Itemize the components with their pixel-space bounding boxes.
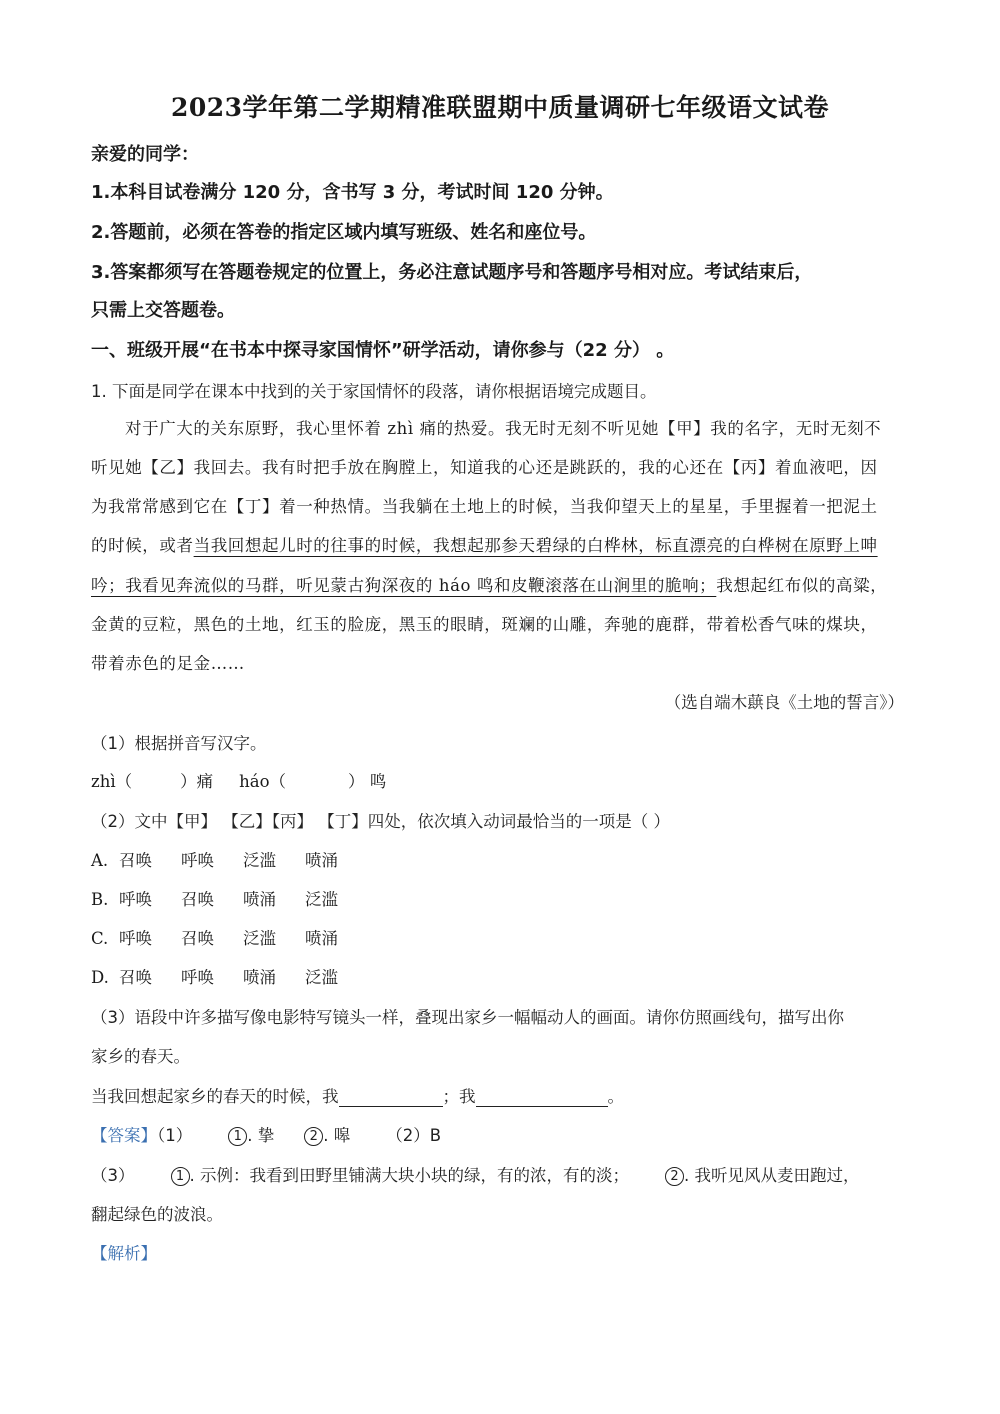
passage-line-5: 吟；我看见奔流似的马群，听见蒙古狗深夜的 háo 鸣和皮鞭滚落在山涧里的脆响；我…: [91, 572, 887, 596]
answer-3-1: . 示例：我看到田野里铺满大块小块的绿，有的浓，有的淡；: [190, 1166, 630, 1185]
option-label: C.: [91, 929, 119, 948]
section-heading: 一、班级开展“在书本中探寻家国情怀”研学活动，请你参与（22 分） 。: [91, 336, 674, 362]
passage-text: 的时候，或者: [91, 536, 194, 555]
answer-1-2: . 嗥: [323, 1126, 350, 1145]
option-word: 召唤: [119, 964, 181, 988]
option-a[interactable]: A.召唤呼唤泛滥喷涌: [91, 847, 367, 871]
passage-line-7: 带着赤色的足金……: [91, 650, 245, 674]
sub-question-1: （1）根据拼音写汉字。: [91, 730, 267, 754]
option-label: A.: [91, 851, 119, 870]
passage-source: （选自端木蕻良《土地的誓言》）: [665, 689, 904, 713]
passage-text: 我想起红布似的高粱，: [716, 576, 887, 595]
instruction-3-cont: 只需上交答题卷。: [91, 296, 235, 322]
answer-3-2: . 我听见风从麦田跑过，: [684, 1166, 860, 1185]
pinyin-1-char: ）痛: [180, 772, 213, 791]
option-word: 泛滥: [305, 886, 367, 910]
option-label: B.: [91, 890, 119, 909]
pinyin-line: zhì（）痛háo（） 鸣: [91, 768, 386, 792]
passage-line-1: 对于广大的关东原野，我心里怀着 zhì 痛的热爱。我无时无刻不听见她【甲】我的名…: [125, 415, 881, 439]
answer-1-1: . 挚: [247, 1126, 274, 1145]
question-1-intro: 1. 下面是同学在课本中找到的关于家国情怀的段落，请你根据语境完成题目。: [91, 378, 657, 402]
option-word: 呼唤: [181, 847, 243, 871]
underlined-sentence: 当我回想起儿时的往事的时候，我想起那参天碧绿的白桦林，标直漂亮的白桦树在原野上呻: [194, 536, 878, 555]
option-word: 喷涌: [305, 847, 367, 871]
instruction-1: 1.本科目试卷满分 120 分，含书写 3 分，考试时间 120 分钟。: [91, 178, 614, 204]
option-word: 召唤: [181, 886, 243, 910]
sub-question-2: （2）文中【甲】 【乙】【丙】 【丁】四处，依次填入动词最恰当的一项是（ ）: [91, 808, 670, 832]
answer-part-2: （2）B: [386, 1126, 441, 1145]
passage-line-2: 听见她【乙】我回去。我有时把手放在胸膛上，知道我的心还是跳跃的，我的心还在【丙】…: [91, 454, 878, 478]
page-title: 2023学年第二学期精准联盟期中质量调研七年级语文试卷: [0, 88, 1000, 124]
pinyin-2-char: ） 鸣: [348, 772, 386, 791]
option-word: 泛滥: [305, 964, 367, 988]
fill-blank-1[interactable]: [339, 1088, 443, 1107]
fill-end: 。: [608, 1087, 625, 1106]
answer-part-3: （3）: [91, 1166, 135, 1185]
option-word: 喷涌: [243, 886, 305, 910]
answer-part-1: （1）: [157, 1126, 192, 1145]
option-word: 呼唤: [181, 964, 243, 988]
fill-blank-2[interactable]: [476, 1088, 608, 1107]
option-b[interactable]: B.呼唤召唤喷涌泛滥: [91, 886, 367, 910]
option-word: 喷涌: [305, 925, 367, 949]
answer-tag: 【答案】: [91, 1126, 157, 1145]
passage-line-6: 金黄的豆粒，黑色的土地，红玉的脸庞，黑玉的眼睛，斑斓的山雕，奔驰的鹿群，带着松香…: [91, 611, 878, 635]
passage-line-4: 的时候，或者当我回想起儿时的往事的时候，我想起那参天碧绿的白桦林，标直漂亮的白桦…: [91, 532, 878, 556]
answer-line-1: 【答案】（1）1. 挚2. 嗥（2）B: [91, 1122, 441, 1146]
exam-page: 2023学年第二学期精准联盟期中质量调研七年级语文试卷 亲爱的同学： 1.本科目…: [0, 0, 1000, 1414]
pinyin-2: háo（: [239, 772, 286, 791]
pinyin-1: zhì（: [91, 772, 132, 791]
greeting: 亲爱的同学：: [91, 140, 199, 166]
option-c[interactable]: C.呼唤召唤泛滥喷涌: [91, 925, 367, 949]
circled-number-2: 2: [304, 1127, 323, 1146]
circled-number-2: 2: [665, 1167, 684, 1186]
instruction-3: 3.答案都须写在答题卷规定的位置上，务必注意试题序号和答题序号相对应。考试结束后…: [91, 258, 812, 284]
option-word: 召唤: [119, 847, 181, 871]
fill-in-line: 当我回想起家乡的春天的时候，我；我。: [91, 1083, 624, 1107]
underlined-sentence: 吟；我看见奔流似的马群，听见蒙古狗深夜的 háo 鸣和皮鞭滚落在山涧里的脆响；: [91, 576, 716, 595]
option-word: 泛滥: [243, 847, 305, 871]
option-word: 呼唤: [119, 925, 181, 949]
sub-question-3: （3）语段中许多描写像电影特写镜头一样，叠现出家乡一幅幅动人的画面。请你仿照画线…: [91, 1004, 844, 1028]
analysis-tag: 【解析】: [91, 1240, 157, 1264]
option-word: 喷涌: [243, 964, 305, 988]
instruction-2: 2.答题前，必须在答卷的指定区域内填写班级、姓名和座位号。: [91, 218, 596, 244]
answer-line-2: （3）1. 示例：我看到田野里铺满大块小块的绿，有的浓，有的淡；2. 我听见风从…: [91, 1162, 860, 1186]
option-word: 呼唤: [119, 886, 181, 910]
fill-middle: ；我: [443, 1087, 476, 1106]
circled-number-1: 1: [228, 1127, 247, 1146]
option-word: 泛滥: [243, 925, 305, 949]
sub-question-3-cont: 家乡的春天。: [91, 1043, 190, 1067]
option-word: 召唤: [181, 925, 243, 949]
passage-line-3: 为我常常感到它在【丁】着一种热情。当我躺在土地上的时候，当我仰望天上的星星，手里…: [91, 493, 878, 517]
option-d[interactable]: D.召唤呼唤喷涌泛滥: [91, 964, 367, 988]
option-label: D.: [91, 968, 119, 987]
circled-number-1: 1: [171, 1167, 190, 1186]
fill-prefix: 当我回想起家乡的春天的时候，我: [91, 1087, 339, 1106]
answer-line-3: 翻起绿色的波浪。: [91, 1201, 223, 1225]
